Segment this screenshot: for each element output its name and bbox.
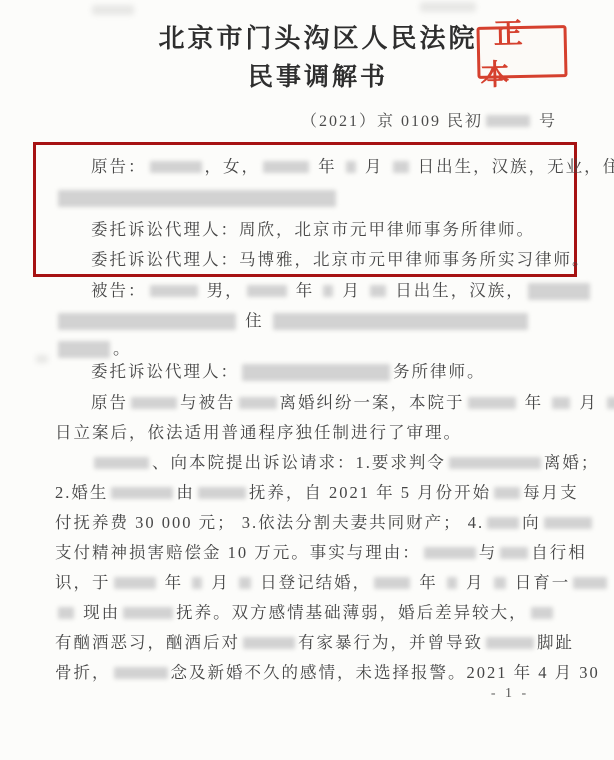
scan-artifact (420, 2, 476, 12)
document-line-facts-5: 骨折，念及新婚不久的感情，未选择报警。2021 年 4 月 30 (55, 658, 600, 688)
redacted-text (494, 487, 520, 499)
redacted-text (123, 607, 173, 619)
redacted-text (273, 313, 528, 330)
document-line-facts-4: 有酗酒恶习，酗酒后对有家暴行为，并曾导致脚趾 (55, 628, 574, 658)
original-copy-stamp: 正本 (476, 25, 567, 79)
redacted-text (94, 457, 149, 469)
document-line-claims-1: 、向本院提出诉讼请求：1.要求判令离婚； (55, 448, 599, 478)
redacted-text (323, 285, 333, 297)
page-number: - 1 - (470, 686, 550, 702)
redacted-text (58, 341, 110, 358)
redacted-text (150, 161, 202, 173)
redacted-text (111, 487, 173, 499)
redacted-text (239, 397, 277, 409)
redacted-text (150, 285, 198, 297)
redacted-text (58, 313, 236, 330)
document-line-facts-3: 现由抚养。双方感情基础薄弱，婚后差异较大， (55, 598, 556, 628)
redacted-text (370, 285, 386, 297)
redacted-text (243, 637, 295, 649)
redacted-text (374, 577, 410, 589)
document-line-plaintiff-address (55, 183, 339, 213)
redacted-text (468, 397, 516, 409)
redacted-text (487, 517, 519, 529)
redacted-text (242, 364, 390, 381)
document-line-attorney-2: 委托诉讼代理人：马博雅，北京市元甲律师事务所实习律师。 (55, 245, 591, 275)
redacted-text (486, 637, 534, 649)
redacted-text (58, 607, 74, 619)
redacted-text (607, 397, 614, 409)
redacted-text (393, 161, 409, 173)
redacted-text (58, 190, 336, 207)
scanned-court-document: 北京市门头沟区人民法院 民事调解书 正本 （2021）京 0109 民初 号 原… (0, 0, 614, 760)
document-line-claims-3: 付抚养费 30 000 元； 3.依法分割夫妻共同财产； 4.向 (55, 508, 595, 538)
redacted-text (424, 547, 476, 559)
document-line-facts-1: 支付精神损害赔偿金 10 万元。事实与理由：与自行相 (55, 538, 587, 568)
redacted-text (263, 161, 309, 173)
redacted-text (247, 285, 287, 297)
scan-artifact (36, 355, 48, 363)
document-line-defendant-attorney: 委托诉讼代理人：务所律师。 (55, 357, 486, 387)
document-line-case-intro: 原告与被告离婚纠纷一案，本院于 年 月 (55, 388, 614, 418)
redacted-text (531, 607, 553, 619)
redacted-text (239, 577, 251, 589)
redacted-text (449, 457, 541, 469)
redacted-text (114, 577, 156, 589)
document-line-defendant-address: 住 (55, 306, 531, 336)
document-line-case-intro-2: 日立案后，依法适用普通程序独任制进行了审理。 (55, 418, 462, 448)
redacted-text (573, 577, 607, 589)
document-line-defendant: 被告： 男， 年 月 日出生，汉族， (55, 276, 593, 306)
redacted-text (114, 667, 168, 679)
scan-artifact (92, 5, 134, 15)
redacted-text (192, 577, 202, 589)
redacted-text (346, 161, 356, 173)
redacted-text (131, 397, 177, 409)
redacted-text (486, 115, 530, 127)
redacted-text (528, 283, 590, 300)
document-line-facts-2: 识，于 年 月 日登记结婚， 年 月 日育一 (55, 568, 610, 598)
document-line-claims-2: 2.婚生由抚养，自 2021 年 5 月份开始每月支 (55, 478, 579, 508)
redacted-text (544, 517, 592, 529)
document-line-attorney-1: 委托诉讼代理人：周欣，北京市元甲律师事务所律师。 (55, 215, 535, 245)
redacted-text (494, 577, 506, 589)
redacted-text (500, 547, 528, 559)
case-number: （2021）京 0109 民初 号 (301, 108, 557, 131)
redacted-text (198, 487, 246, 499)
document-line-plaintiff: 原告：，女， 年 月 日出生，汉族，无业，住 (55, 152, 614, 182)
redacted-text (447, 577, 457, 589)
redacted-text (552, 397, 570, 409)
